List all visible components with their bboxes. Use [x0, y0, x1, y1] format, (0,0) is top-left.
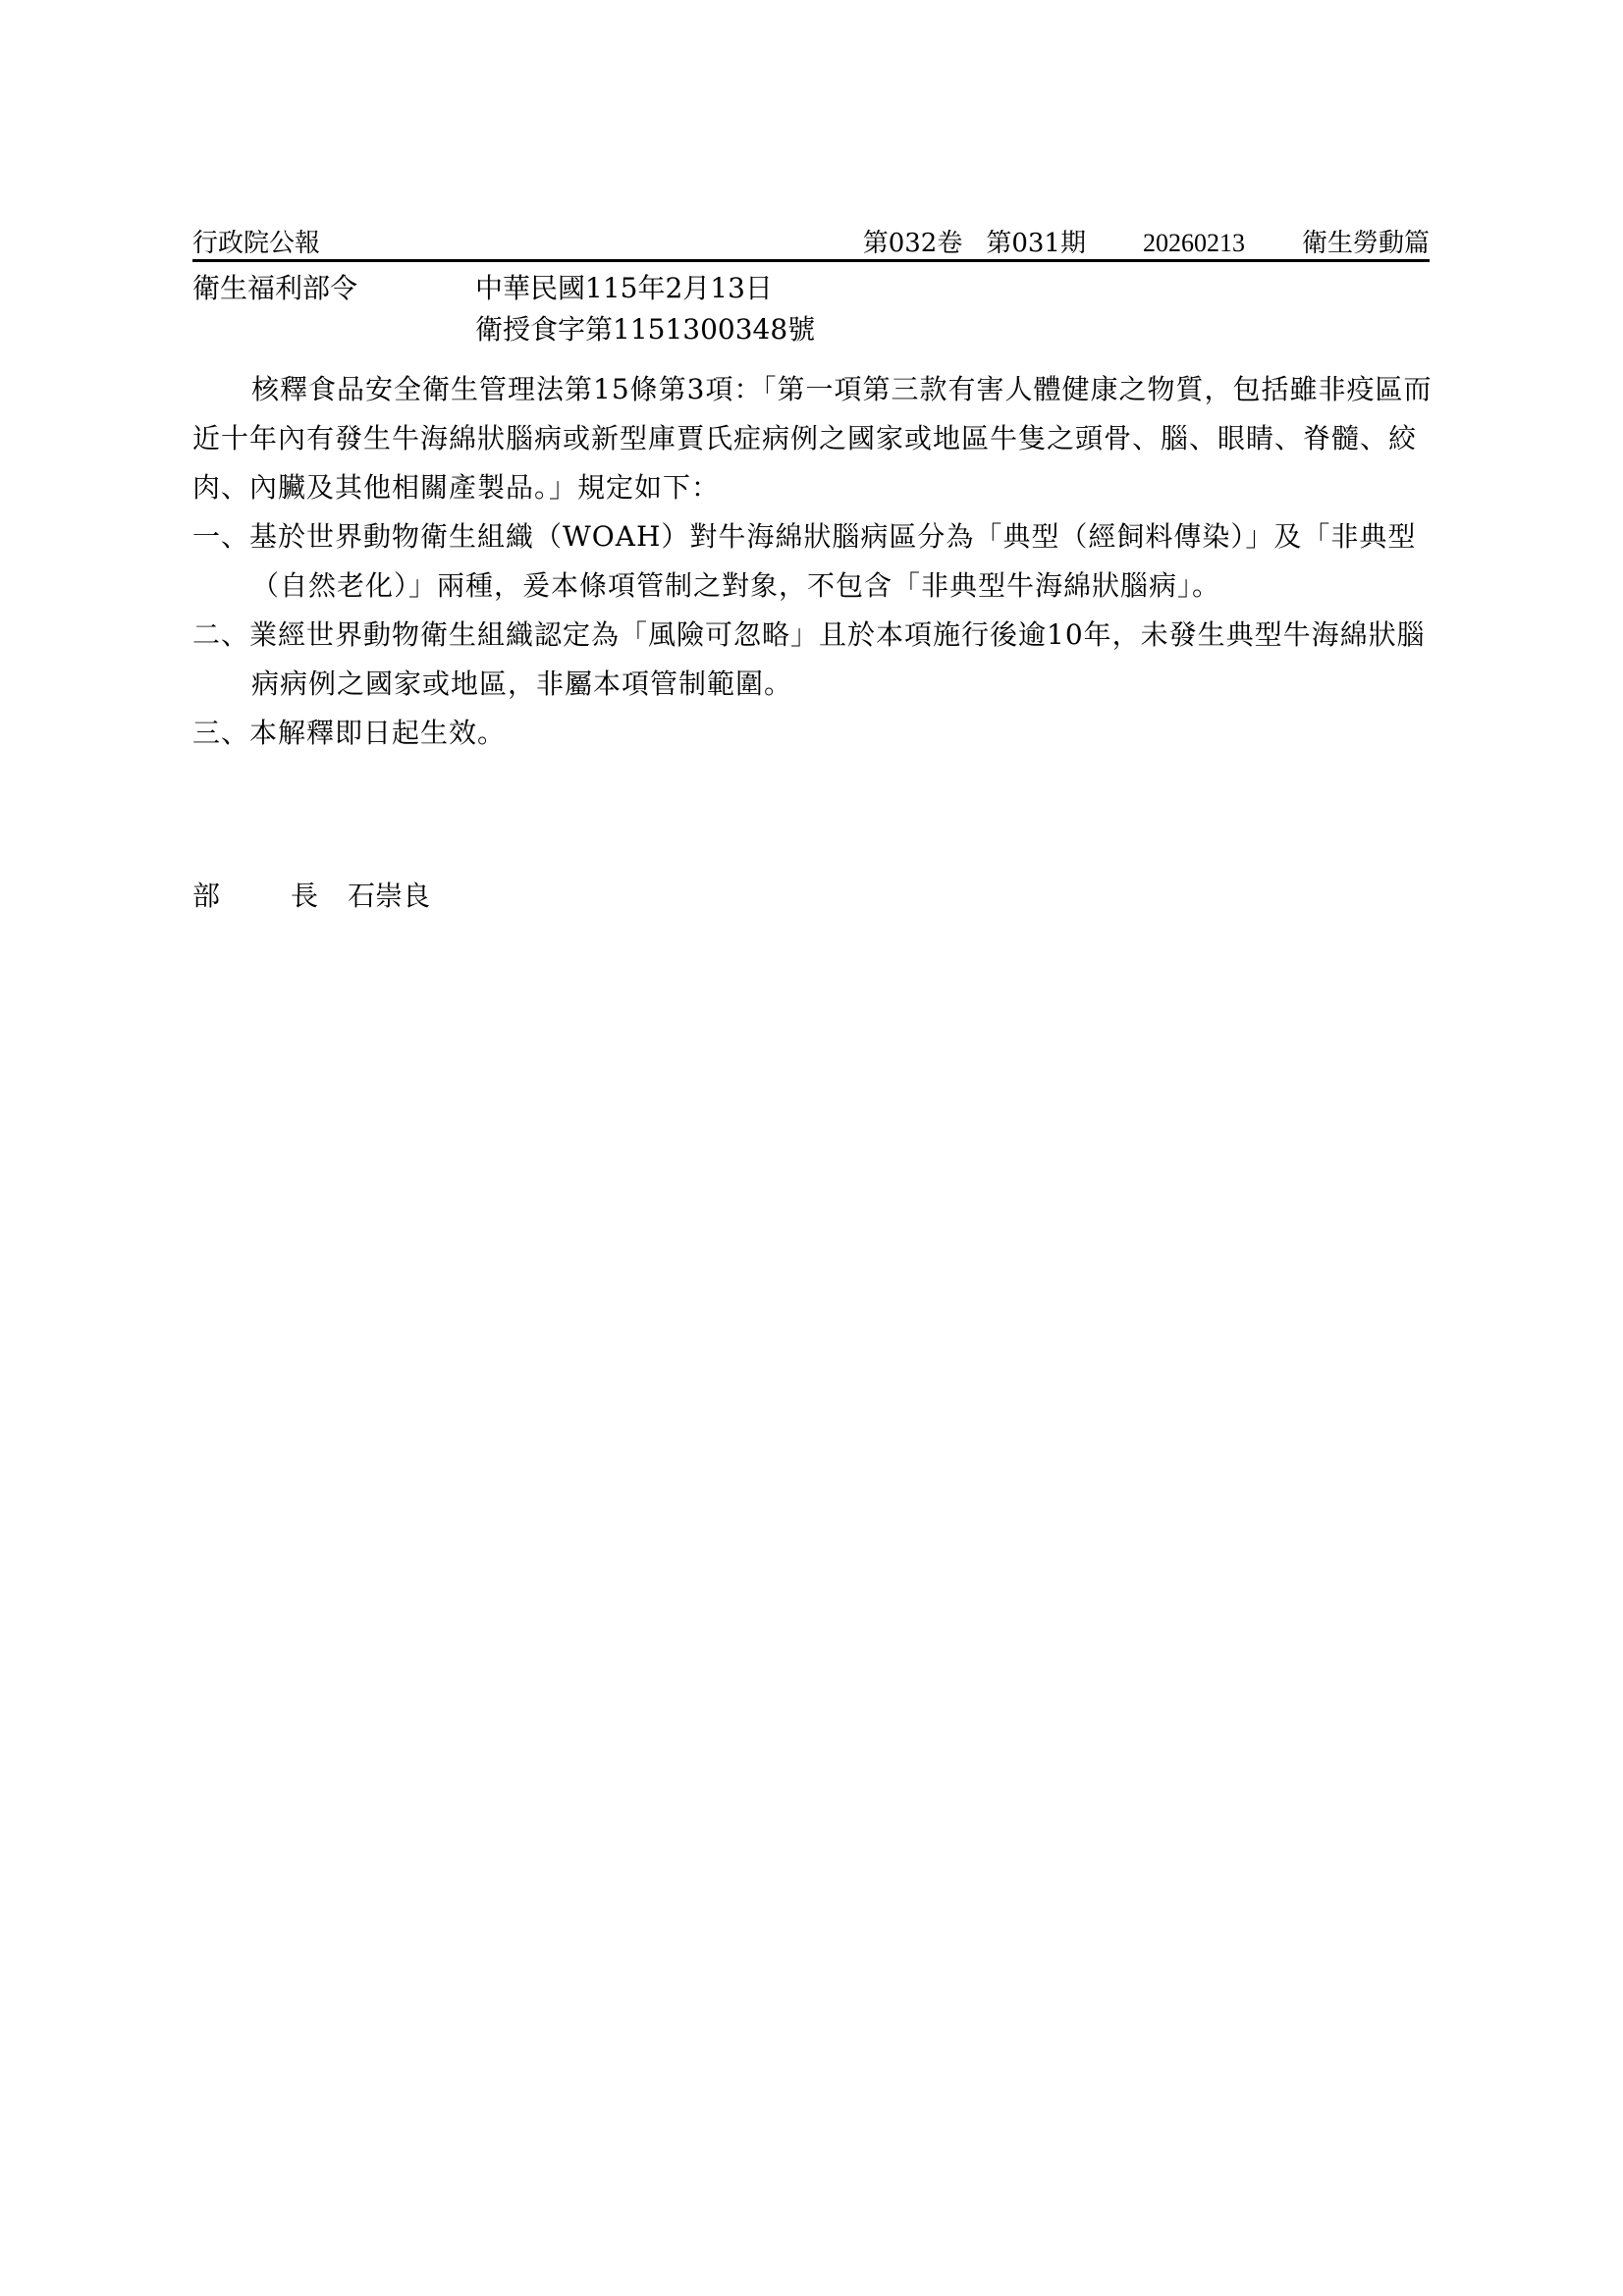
item-marker: 二、: [192, 618, 249, 651]
preamble-paragraph: 核釋食品安全衛生管理法第15條第3項：「第一項第三款有害人體健康之物質，包括雖非…: [192, 365, 1439, 512]
signatory-title-part2: 長: [291, 877, 348, 916]
order-meta: 中華民國115年2月13日 衛授食字第1151300348號: [475, 268, 815, 350]
publication-title: 行政院公報: [192, 228, 863, 259]
section-name: 衛生勞動篇: [1302, 228, 1430, 259]
order-body: 核釋食品安全衛生管理法第15條第3項：「第一項第三款有害人體健康之物質，包括雖非…: [192, 365, 1439, 758]
order-document-number: 衛授食字第1151300348號: [475, 309, 815, 350]
item-text: 本解釋即日起生效。: [249, 717, 506, 749]
list-item: 一、基於世界動物衛生組織（WOAH）對牛海綿狀腦病區分為「典型（經飼料傳染）」及…: [192, 512, 1439, 611]
publication-date: 20260213: [1143, 228, 1245, 259]
item-text: 業經世界動物衛生組織認定為「風險可忽略」且於本項施行後逾10年，未發生典型牛海綿…: [249, 618, 1426, 700]
header-meta: 第032卷 第031期 20260213 衛生勞動篇: [863, 228, 1430, 259]
signatory-name: 石崇良: [348, 877, 430, 916]
signature-block: 部 長 石崇良: [192, 877, 430, 916]
issue-number: 第031期: [986, 228, 1086, 259]
item-text: 基於世界動物衛生組織（WOAH）對牛海綿狀腦病區分為「典型（經飼料傳染）」及「非…: [249, 520, 1416, 602]
order-issuer: 衛生福利部令: [192, 268, 357, 309]
list-item: 三、本解釋即日起生效。: [192, 709, 1439, 758]
order-date: 中華民國115年2月13日: [475, 268, 815, 309]
signatory-title-part1: 部: [192, 877, 291, 916]
list-item: 二、業經世界動物衛生組織認定為「風險可忽略」且於本項施行後逾10年，未發生典型牛…: [192, 611, 1439, 709]
document-page: 行政院公報 第032卷 第031期 20260213 衛生勞動篇 衛生福利部令 …: [0, 0, 1623, 2296]
item-marker: 一、: [192, 520, 249, 553]
item-marker: 三、: [192, 717, 249, 749]
volume-number: 第032卷: [863, 228, 963, 259]
gazette-header: 行政院公報 第032卷 第031期 20260213 衛生勞動篇: [192, 224, 1430, 262]
